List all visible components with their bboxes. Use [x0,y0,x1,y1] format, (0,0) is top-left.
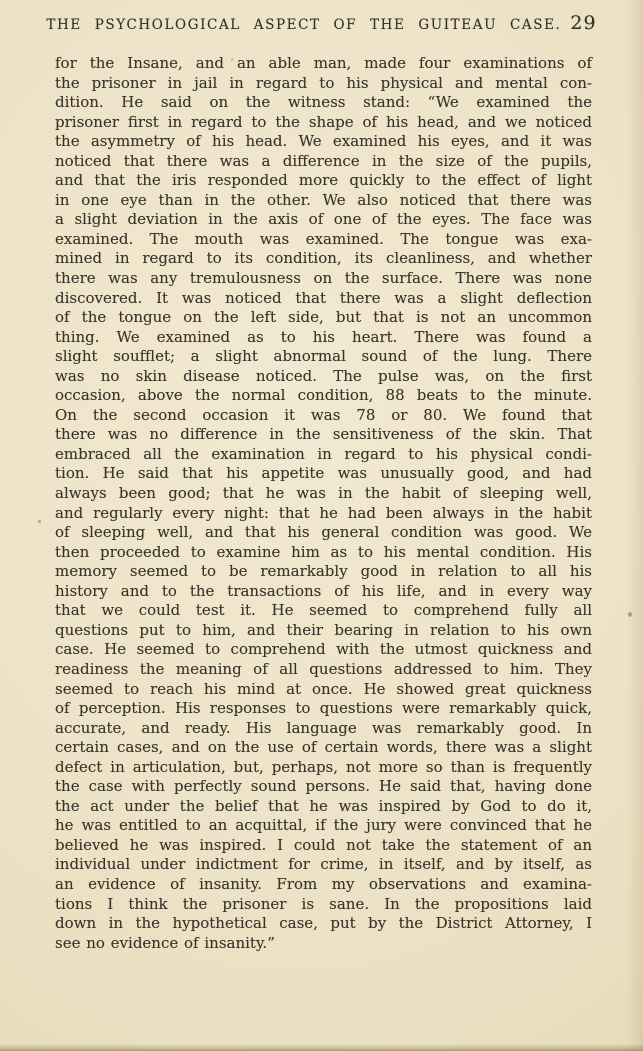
text-line: see no evidence of insanity.” [55,934,592,954]
text-line: tion. He said that his appetite was unus… [55,464,592,484]
text-line: history and to the transactions of his l… [55,582,592,602]
text-line: he was entitled to an acquittal, if the … [55,816,592,836]
text-line: defect in articulation, but, perhaps, no… [55,758,592,778]
text-line: memory seemed to be remarkably good in r… [55,562,592,582]
text-line: a slight deviation in the axis of one of… [55,210,592,230]
text-line: that we could test it. He seemed to comp… [55,601,592,621]
text-line: an evidence of insanity. From my observa… [55,875,592,895]
text-line: readiness the meaning of all questions a… [55,660,592,680]
text-line: of the tongue on the left side, but that… [55,308,592,328]
text-line: individual under indictment for crime, i… [55,855,592,875]
text-line: for the Insane, and an able man, made fo… [55,54,592,74]
scan-speck [628,612,632,617]
text-line: of sleeping well, and that his general c… [55,523,592,543]
text-line: questions put to him, and their bearing … [55,621,592,641]
text-line: the prisoner in jail in regard to his ph… [55,74,592,94]
text-line: prisoner first in regard to the shape of… [55,113,592,133]
text-line: the case with perfectly sound persons. H… [55,777,592,797]
text-line: certain cases, and on the use of certain… [55,738,592,758]
text-line: then proceeded to examine him as to his … [55,543,592,563]
text-line: there was no difference in the sensitive… [55,425,592,445]
text-line: the asymmetry of his head. We examined h… [55,132,592,152]
text-line: down in the hypothetical case, put by th… [55,914,592,934]
text-line: examined. The mouth was examined. The to… [55,230,592,250]
text-line: always been good; that he was in the hab… [55,484,592,504]
book-page: THE PSYCHOLOGICAL ASPECT OF THE GUITEAU … [0,0,643,1051]
scan-speck [38,520,41,523]
text-line: embraced all the examination in regard t… [55,445,592,465]
running-header: THE PSYCHOLOGICAL ASPECT OF THE GUITEAU … [0,12,643,34]
text-line: slight soufflet; a slight abnormal sound… [55,347,592,367]
body-text: for the Insane, and an able man, made fo… [55,54,592,953]
text-line: seemed to reach his mind at once. He sho… [55,680,592,700]
page-header-title: THE PSYCHOLOGICAL ASPECT OF THE GUITEAU … [46,17,561,33]
text-line: noticed that there was a difference in t… [55,152,592,172]
text-line: thing. We examined as to his heart. Ther… [55,328,592,348]
text-line: occasion, above the normal condition, 88… [55,386,592,406]
text-line: case. He seemed to comprehend with the u… [55,640,592,660]
text-line: believed he was inspired. I could not ta… [55,836,592,856]
text-line: and that the iris responded more quickly… [55,171,592,191]
page-number: 29 [570,12,596,34]
text-line: On the second occasion it was 78 or 80. … [55,406,592,426]
text-line: in one eye than in the other. We also no… [55,191,592,211]
text-line: was no skin disease noticed. The pulse w… [55,367,592,387]
text-line: accurate, and ready. His language was re… [55,719,592,739]
text-line: mined in regard to its condition, its cl… [55,249,592,269]
text-line: and regularly every night: that he had b… [55,504,592,524]
text-line: dition. He said on the witness stand: “W… [55,93,592,113]
text-line: discovered. It was noticed that there wa… [55,289,592,309]
text-line: there was any tremulousness on the surfa… [55,269,592,289]
text-line: tions I think the prisoner is sane. In t… [55,895,592,915]
text-line: of perception. His responses to question… [55,699,592,719]
text-line: the act under the belief that he was ins… [55,797,592,817]
